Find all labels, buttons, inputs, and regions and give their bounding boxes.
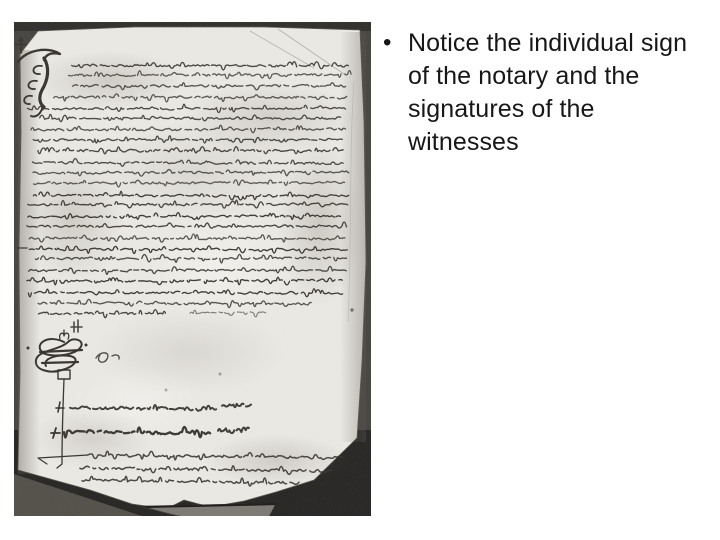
bullet-line-text: witnesses: [408, 128, 519, 156]
manuscript-photo: [14, 22, 371, 516]
manuscript-photo-canvas: [14, 22, 371, 516]
slide: •Notice the individual sign of the notar…: [0, 0, 720, 540]
bullet-marker: •: [383, 26, 392, 59]
photo-grain-overlay: [14, 22, 371, 516]
bullet-text-line: of the notary and the: [380, 60, 702, 93]
bullet-text-line: witnesses: [380, 126, 702, 159]
bullet-line-text: of the notary and the: [408, 62, 639, 90]
bullet-list: •Notice the individual sign of the notar…: [380, 27, 702, 159]
bullet-text-line: •Notice the individual sign: [380, 27, 702, 60]
bullet-line-text: signatures of the: [408, 95, 595, 123]
bullet-line-text: Notice the individual sign: [408, 29, 687, 57]
bullet-text-line: signatures of the: [380, 93, 702, 126]
